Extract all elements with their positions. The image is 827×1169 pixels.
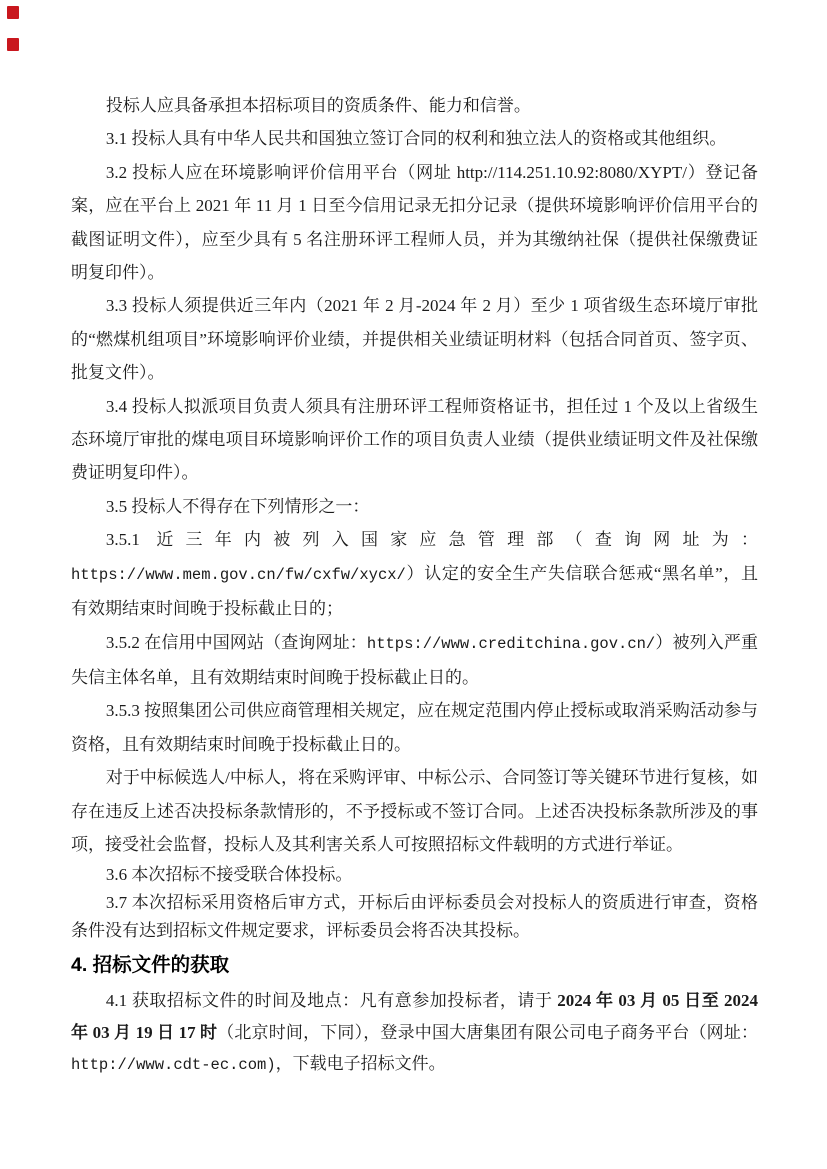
para-3-1: 3.1 投标人具有中华人民共和国独立签订合同的权利和独立法人的资格或其他组织。 [71, 122, 758, 155]
heading-4: 4. 招标文件的获取 [71, 951, 758, 979]
text-segment: 3.5.2 在信用中国网站（查询网址： [106, 633, 367, 652]
document-body: 投标人应具备承担本招标项目的资质条件、能力和信誉。3.1 投标人具有中华人民共和… [71, 0, 758, 1082]
para-4-1: 4.1 获取招标文件的时间及地点：凡有意参加投标者，请于 2024 年 03 月… [71, 985, 758, 1082]
url-text: https://www.creditchina.gov.cn/ [367, 635, 655, 653]
para-3-7: 3.7 本次招标采用资格后审方式，开标后由评标委员会对投标人的资质进行审查，资格… [71, 889, 758, 945]
text-segment: 3.2 投标人应在环境影响评价信用平台（网址 [106, 163, 457, 182]
para-3-5-1: 3.5.1 近三年内被列入国家应急管理部（查询网址为：https://www.m… [71, 523, 758, 625]
para-3-3: 3.3 投标人须提供近三年内（2021 年 2 月-2024 年 2 月）至少 … [71, 289, 758, 389]
url-text: https://www.mem.gov.cn/fw/cxfw/xycx/ [71, 566, 406, 584]
para-3-5-2: 3.5.2 在信用中国网站（查询网址：https://www.creditchi… [71, 626, 758, 695]
text-segment: 对于中标候选人/中标人，将在采购评审、中标公示、合同签订等关键环节进行复核，如存… [71, 768, 758, 854]
para-3-5: 3.5 投标人不得存在下列情形之一： [71, 490, 758, 523]
para-intro: 投标人应具备承担本招标项目的资质条件、能力和信誉。 [71, 89, 758, 122]
para-3-6: 3.6 本次招标不接受联合体投标。 [71, 861, 758, 889]
text-segment: 3.6 本次招标不接受联合体投标。 [106, 865, 353, 884]
text-segment: 3.5 投标人不得存在下列情形之一： [106, 497, 370, 516]
text-segment: 3.5.1 近三年内被列入国家应急管理部（查询网址为： [106, 530, 758, 549]
para-3-4: 3.4 投标人拟派项目负责人须具有注册环评工程师资格证书，担任过 1 个及以上省… [71, 390, 758, 490]
text-segment: 3.4 投标人拟派项目负责人须具有注册环评工程师资格证书，担任过 1 个及以上省… [71, 397, 758, 483]
para-review: 对于中标候选人/中标人，将在采购评审、中标公示、合同签订等关键环节进行复核，如存… [71, 761, 758, 861]
url-text: http://www.cdt-ec.com) [71, 1056, 276, 1074]
document-page: 投标人应具备承担本招标项目的资质条件、能力和信誉。3.1 投标人具有中华人民共和… [0, 0, 827, 1169]
text-segment: 3.5.3 按照集团公司供应商管理相关规定，应在规定范围内停止授标或取消采购活动… [71, 701, 758, 753]
text-segment: 投标人应具备承担本招标项目的资质条件、能力和信誉。 [106, 96, 531, 115]
red-seal-mark [7, 6, 19, 19]
text-segment: 4. 招标文件的获取 [71, 954, 229, 976]
url-text: http://114.251.10.92:8080/XYPT/ [457, 163, 687, 182]
red-seal-mark [7, 38, 19, 51]
para-3-5-3: 3.5.3 按照集团公司供应商管理相关规定，应在规定范围内停止授标或取消采购活动… [71, 694, 758, 761]
text-segment: ，下载电子招标文件。 [276, 1054, 446, 1073]
text-segment: 3.7 本次招标采用资格后审方式，开标后由评标委员会对投标人的资质进行审查，资格… [71, 893, 758, 940]
text-segment: （北京时间，下同），登录中国大唐集团有限公司电子商务平台（网址： [217, 1023, 758, 1042]
text-segment: 4.1 获取招标文件的时间及地点：凡有意参加投标者，请于 [106, 991, 557, 1010]
text-segment: 3.1 投标人具有中华人民共和国独立签订合同的权利和独立法人的资格或其他组织。 [106, 129, 727, 148]
text-segment: 3.3 投标人须提供近三年内（2021 年 2 月-2024 年 2 月）至少 … [71, 296, 758, 382]
para-3-2: 3.2 投标人应在环境影响评价信用平台（网址 http://114.251.10… [71, 156, 758, 290]
